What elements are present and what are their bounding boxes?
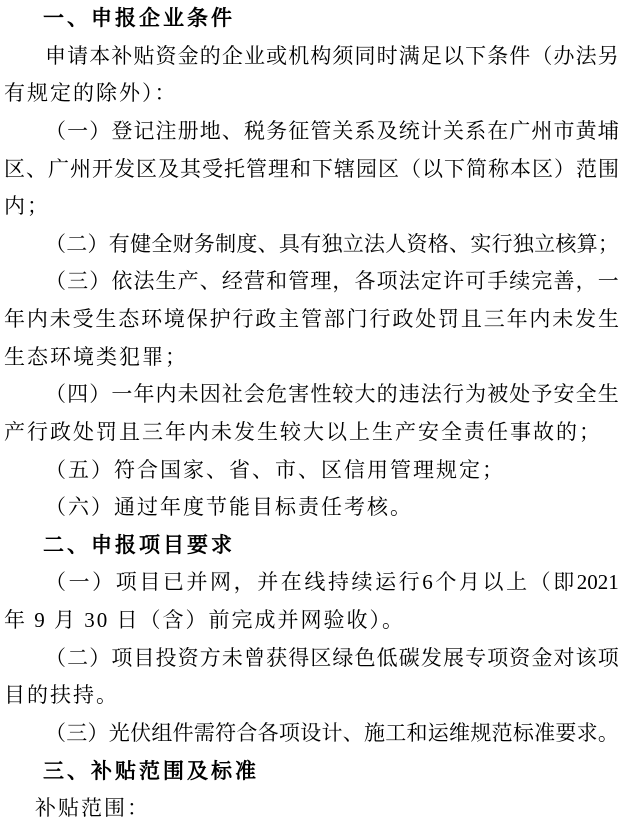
text-token: 实 — [470, 226, 491, 264]
text-token: 务 — [266, 113, 287, 151]
text-token: 简 — [466, 151, 487, 189]
text-token: 行 — [399, 564, 420, 602]
text-token: 三 — [484, 301, 505, 339]
text-token: 项 — [279, 715, 300, 753]
text-token: 社 — [222, 376, 243, 414]
text-token: 园 — [356, 151, 377, 189]
text-token: 贴 — [133, 38, 154, 76]
text-token: 三 — [67, 263, 88, 301]
text-token: 独 — [513, 226, 534, 264]
text-token: 计 — [421, 113, 442, 151]
text-token: 即 — [553, 564, 574, 602]
text-token: 项 — [598, 640, 619, 678]
text-token: 发 — [114, 151, 135, 189]
text-token: 对 — [554, 640, 575, 678]
text-token: （ — [531, 38, 552, 76]
text-token: 得 — [288, 640, 309, 678]
text-token: 办 — [554, 38, 575, 76]
text-token: 满 — [399, 38, 420, 76]
text-token: 完 — [531, 263, 552, 301]
text-token: 、 — [200, 263, 221, 301]
text-token: 一 — [598, 263, 619, 301]
text-token: 人 — [385, 226, 406, 264]
text-token: 件 — [173, 715, 194, 753]
text-token: 广 — [48, 151, 69, 189]
text-token: 发 — [575, 301, 596, 339]
text-token: 运 — [375, 564, 396, 602]
text-token: 受 — [202, 151, 223, 189]
text-token: 行 — [492, 226, 513, 264]
text-token: 法 — [364, 226, 385, 264]
text-token: 金 — [531, 640, 552, 678]
text-token: 未 — [50, 301, 71, 339]
text-token: 予 — [531, 376, 552, 414]
text-token: 罚 — [438, 301, 459, 339]
text-token: 一 — [67, 113, 88, 151]
text-token: 部 — [324, 301, 345, 339]
text-line: 申请本补贴资金的企业或机构须同时满足以下条件（办法另 — [4, 38, 619, 76]
text-token: 计 — [321, 715, 342, 753]
text-token: 埔 — [598, 113, 619, 151]
text-token: 境 — [164, 301, 185, 339]
text-token: 较 — [332, 376, 353, 414]
text-token: 标 — [513, 715, 534, 753]
text-token: 围 — [598, 151, 619, 189]
text-token: ， — [234, 564, 255, 602]
text-token: 须 — [332, 38, 353, 76]
text-token: 具 — [279, 226, 300, 264]
text-token: 护 — [210, 301, 231, 339]
text-token: 在 — [487, 113, 508, 151]
text-token: 立 — [343, 226, 364, 264]
text-token: 。 — [598, 715, 619, 753]
text-token: 工 — [385, 715, 406, 753]
text-token: 关 — [332, 113, 353, 151]
text-token: 个 — [435, 564, 456, 602]
text-token: 税 — [244, 113, 265, 151]
text-token: 且 — [461, 301, 482, 339]
text-token: 法 — [576, 38, 597, 76]
text-token: 规 — [470, 715, 491, 753]
text-token: 要 — [555, 715, 576, 753]
text-token: 补 — [111, 38, 132, 76]
text-token: 法 — [421, 376, 442, 414]
text-token: 务 — [194, 226, 215, 264]
text-token: 善 — [554, 263, 575, 301]
text-token: 可 — [465, 263, 486, 301]
text-token: 同 — [355, 38, 376, 76]
text-token: 伏 — [130, 715, 151, 753]
text-token: 法 — [133, 263, 154, 301]
text-token: 管 — [310, 113, 331, 151]
text-token: 续 — [352, 564, 373, 602]
text-token: 足 — [421, 38, 442, 76]
text-token: 件 — [509, 38, 530, 76]
text-token: 未 — [552, 301, 573, 339]
text-token: 年 — [4, 301, 25, 339]
text-token: 内 — [27, 301, 48, 339]
text-token: 健 — [130, 226, 151, 264]
text-token: 环 — [141, 301, 162, 339]
text-token: 机 — [288, 38, 309, 76]
text-line: 产行政处罚且三年内未发生较大以上生产安全责任事故的； — [4, 414, 619, 452]
text-token: 已 — [163, 564, 184, 602]
text-token: 违 — [399, 376, 420, 414]
text-token: 运 — [428, 715, 449, 753]
text-token: 构 — [310, 38, 331, 76]
text-line: （五）符合国家、省、市、区信用管理规定； — [4, 452, 619, 490]
text-token: 受 — [73, 301, 94, 339]
text-token: 及 — [377, 113, 398, 151]
text-token: 本 — [89, 38, 110, 76]
text-token: 、 — [26, 151, 47, 189]
text-token: 项 — [377, 263, 398, 301]
text-token: 金 — [178, 38, 199, 76]
text-token: 企 — [222, 38, 243, 76]
text-token: 区 — [532, 151, 553, 189]
text-token: ） — [554, 151, 575, 189]
text-token: 合 — [236, 715, 257, 753]
text-token: ） — [89, 640, 110, 678]
text-token: 行 — [443, 376, 464, 414]
text-token: 、 — [449, 226, 470, 264]
text-token: 获 — [266, 640, 287, 678]
text-token: 维 — [449, 715, 470, 753]
text-token: 立 — [534, 226, 555, 264]
text-token: 和 — [407, 715, 428, 753]
text-token: 范 — [492, 715, 513, 753]
text-token: 营 — [244, 263, 265, 301]
text-token: 财 — [173, 226, 194, 264]
text-token: 理 — [310, 263, 331, 301]
text-token: 内 — [529, 301, 550, 339]
text-token: 管 — [301, 301, 322, 339]
text-token: 未 — [222, 640, 243, 678]
text-token: 行 — [232, 301, 253, 339]
text-token: 法 — [399, 263, 420, 301]
text-token: 资 — [407, 226, 428, 264]
text-token: 许 — [443, 263, 464, 301]
text-token: 或 — [266, 38, 287, 76]
text-token: 、 — [222, 113, 243, 151]
text-line: （四）一年内未因社会危害性较大的违法行为被处予安全生 — [4, 376, 619, 414]
text-token: 设 — [300, 715, 321, 753]
text-token: 因 — [200, 376, 221, 414]
text-token: 内 — [156, 376, 177, 414]
text-token: 时 — [377, 38, 398, 76]
text-token: 手 — [487, 263, 508, 301]
text-line: （一）项目已并网，并在线持续运行6个月以上（即2021 — [4, 564, 619, 602]
text-token: 并 — [186, 564, 207, 602]
text-token: 广 — [509, 113, 530, 151]
text-token: 政 — [392, 301, 413, 339]
text-line: （六）通过年度节能目标责任考核。 — [4, 489, 619, 527]
text-token: ） — [88, 226, 109, 264]
text-token: 以 — [443, 38, 464, 76]
text-token: 行 — [370, 301, 391, 339]
text-line: 有规定的除外）： — [4, 75, 619, 113]
text-line: （二）项目投资方未曾获得区绿色低碳发展专项资金对该项 — [4, 640, 619, 678]
text-token: 区 — [4, 151, 25, 189]
text-token: 及 — [158, 151, 179, 189]
text-token: 、 — [258, 226, 279, 264]
text-token: 投 — [156, 640, 177, 678]
text-token: 处 — [509, 376, 530, 414]
text-token: 称 — [488, 151, 509, 189]
text-token: 制 — [215, 226, 236, 264]
text-token: 州 — [531, 113, 552, 151]
text-token: 组 — [151, 715, 172, 753]
text-token: 辖 — [334, 151, 355, 189]
text-token: 依 — [111, 263, 132, 301]
text-token: 四 — [67, 376, 88, 414]
text-token: 征 — [288, 113, 309, 151]
text-token: ） — [89, 263, 110, 301]
text-token: 生 — [95, 301, 116, 339]
text-token: ） — [92, 564, 113, 602]
text-token: 资 — [178, 640, 199, 678]
text-token: 黄 — [576, 113, 597, 151]
text-token: 生 — [598, 301, 619, 339]
text-token: 经 — [222, 263, 243, 301]
text-token: 注 — [156, 113, 177, 151]
text-token: 资 — [509, 640, 530, 678]
text-token: 会 — [244, 376, 265, 414]
text-token: ） — [89, 376, 110, 414]
text-token: 业 — [244, 38, 265, 76]
text-token: 登 — [111, 113, 132, 151]
text-token: 其 — [180, 151, 201, 189]
text-token: 范 — [576, 151, 597, 189]
text-token: 为 — [465, 376, 486, 414]
text-line: （二）有健全财务制度、具有独立法人资格、实行独立核算； — [4, 226, 619, 264]
text-token: 二 — [66, 226, 87, 264]
text-token: 申 — [45, 38, 66, 76]
text-token: 年 — [507, 301, 528, 339]
text-line: （三）光伏组件需符合各项设计、施工和运维规范标准要求。 — [4, 715, 619, 753]
text-token: 统 — [399, 113, 420, 151]
text-token: （ — [45, 263, 66, 301]
text-token: 曾 — [244, 640, 265, 678]
text-token: 记 — [133, 113, 154, 151]
text-token: （ — [45, 715, 66, 753]
text-token: 处 — [415, 301, 436, 339]
text-token: 政 — [255, 301, 276, 339]
text-token: 发 — [421, 640, 442, 678]
text-token: 低 — [377, 640, 398, 678]
text-token: 系 — [465, 113, 486, 151]
text-token: 生 — [156, 263, 177, 301]
text-token: （ — [400, 151, 421, 189]
text-token: 和 — [266, 263, 287, 301]
text-token: ， — [576, 263, 597, 301]
text-token: 管 — [288, 263, 309, 301]
text-token: 续 — [509, 263, 530, 301]
text-token: ） — [88, 715, 109, 753]
text-token: 项 — [116, 564, 137, 602]
text-token: 生 — [598, 376, 619, 414]
text-token: 有 — [300, 226, 321, 264]
text-token: 线 — [304, 564, 325, 602]
text-token: （ — [45, 376, 66, 414]
text-token: 符 — [215, 715, 236, 753]
text-token: 未 — [178, 376, 199, 414]
text-token: 独 — [321, 226, 342, 264]
text-token: 有 — [109, 226, 130, 264]
text-token: 理 — [268, 151, 289, 189]
text-token: 持 — [328, 564, 349, 602]
text-token: 全 — [576, 376, 597, 414]
text-token: 目 — [139, 564, 160, 602]
section-heading: 三、补贴范围及标准 — [4, 753, 619, 791]
text-token: 另 — [598, 38, 619, 76]
text-line: （一）登记注册地、税务征管关系及统计关系在广州市黄埔 — [4, 113, 619, 151]
text-token: 托 — [224, 151, 245, 189]
text-token: 目 — [133, 640, 154, 678]
text-token: 一 — [111, 376, 132, 414]
text-token: 以 — [482, 564, 503, 602]
text-token: （ — [45, 113, 66, 151]
document-page: 一、申报企业条件申请本补贴资金的企业或机构须同时满足以下条件（办法另有规定的除外… — [0, 0, 622, 828]
text-token: 州 — [70, 151, 91, 189]
text-token: 网 — [210, 564, 231, 602]
text-token: 并 — [257, 564, 278, 602]
text-token: 度 — [236, 226, 257, 264]
text-token: 在 — [281, 564, 302, 602]
text-token: 本 — [510, 151, 531, 189]
text-token: 全 — [151, 226, 172, 264]
text-token: 资 — [156, 38, 177, 76]
document-body: 一、申报企业条件申请本补贴资金的企业或机构须同时满足以下条件（办法另有规定的除外… — [4, 0, 619, 828]
text-token: 项 — [487, 640, 508, 678]
text-token: 态 — [118, 301, 139, 339]
text-line: （三）依法生产、经营和管理，各项法定许可手续完善，一 — [4, 263, 619, 301]
text-token: （ — [45, 226, 66, 264]
text-token: 册 — [178, 113, 199, 151]
text-token: 三 — [66, 715, 87, 753]
text-token: 定 — [421, 263, 442, 301]
text-token: 门 — [347, 301, 368, 339]
text-token: 下 — [444, 151, 465, 189]
text-line: 补贴范围： — [4, 790, 619, 828]
text-token: 安 — [554, 376, 575, 414]
text-line: 年 9 月 30 日（含）前完成并网验收）。 — [4, 602, 619, 640]
text-token: 一 — [69, 564, 90, 602]
text-line: 目的扶持。 — [4, 677, 619, 715]
text-token: （ — [45, 564, 66, 602]
text-token: 展 — [443, 640, 464, 678]
text-token: ； — [598, 226, 619, 264]
text-token: 条 — [487, 38, 508, 76]
text-token: 下 — [312, 151, 333, 189]
text-token: 各 — [355, 263, 376, 301]
text-token: （ — [530, 564, 551, 602]
text-token: 年 — [133, 376, 154, 414]
text-token: ， — [332, 263, 353, 301]
section-heading: 一、申报企业条件 — [4, 0, 619, 38]
text-token: 区 — [378, 151, 399, 189]
text-token: 市 — [554, 113, 575, 151]
text-token: 保 — [187, 301, 208, 339]
text-token: 危 — [266, 376, 287, 414]
text-line: 年内未受生态环境保护行政主管部门行政处罚且三年内未发生 — [4, 301, 619, 339]
text-token: 和 — [290, 151, 311, 189]
text-token: 区 — [136, 151, 157, 189]
text-token: 以 — [422, 151, 443, 189]
text-token: 系 — [355, 113, 376, 151]
text-token: 求 — [577, 715, 598, 753]
text-token: ） — [89, 113, 110, 151]
text-token: 该 — [576, 640, 597, 678]
text-token: 二 — [67, 640, 88, 678]
text-token: 项 — [111, 640, 132, 678]
text-token: 下 — [465, 38, 486, 76]
text-token: 区 — [310, 640, 331, 678]
text-token: 施 — [364, 715, 385, 753]
text-token: 6 — [422, 564, 433, 602]
text-token: 核 — [555, 226, 576, 264]
text-token: 大 — [355, 376, 376, 414]
text-token: 的 — [377, 376, 398, 414]
text-token: （ — [45, 640, 66, 678]
text-token: 请 — [67, 38, 88, 76]
text-token: 开 — [92, 151, 113, 189]
text-token: 格 — [428, 226, 449, 264]
text-token: 准 — [534, 715, 555, 753]
text-token: 2021 — [577, 564, 619, 602]
text-line: 内； — [4, 188, 619, 226]
text-token: 需 — [194, 715, 215, 753]
text-token: 碳 — [399, 640, 420, 678]
section-heading: 二、申报项目要求 — [4, 527, 619, 565]
text-token: 月 — [459, 564, 480, 602]
text-token: 绿 — [332, 640, 353, 678]
text-token: 上 — [506, 564, 527, 602]
text-token: 、 — [343, 715, 364, 753]
text-token: 主 — [278, 301, 299, 339]
text-token: 的 — [200, 38, 221, 76]
text-token: 地 — [200, 113, 221, 151]
text-token: 各 — [258, 715, 279, 753]
text-token: 色 — [355, 640, 376, 678]
text-line: 生态环境类犯罪； — [4, 339, 619, 377]
text-token: 被 — [487, 376, 508, 414]
text-token: 性 — [310, 376, 331, 414]
text-line: 区、广州开发区及其受托管理和下辖园区（以下简称本区）范围 — [4, 151, 619, 189]
text-token: 专 — [465, 640, 486, 678]
text-token: 算 — [577, 226, 598, 264]
text-token: 害 — [288, 376, 309, 414]
text-token: 管 — [246, 151, 267, 189]
text-token: 产 — [178, 263, 199, 301]
text-token: 关 — [443, 113, 464, 151]
text-token: 方 — [200, 640, 221, 678]
text-token: 光 — [109, 715, 130, 753]
